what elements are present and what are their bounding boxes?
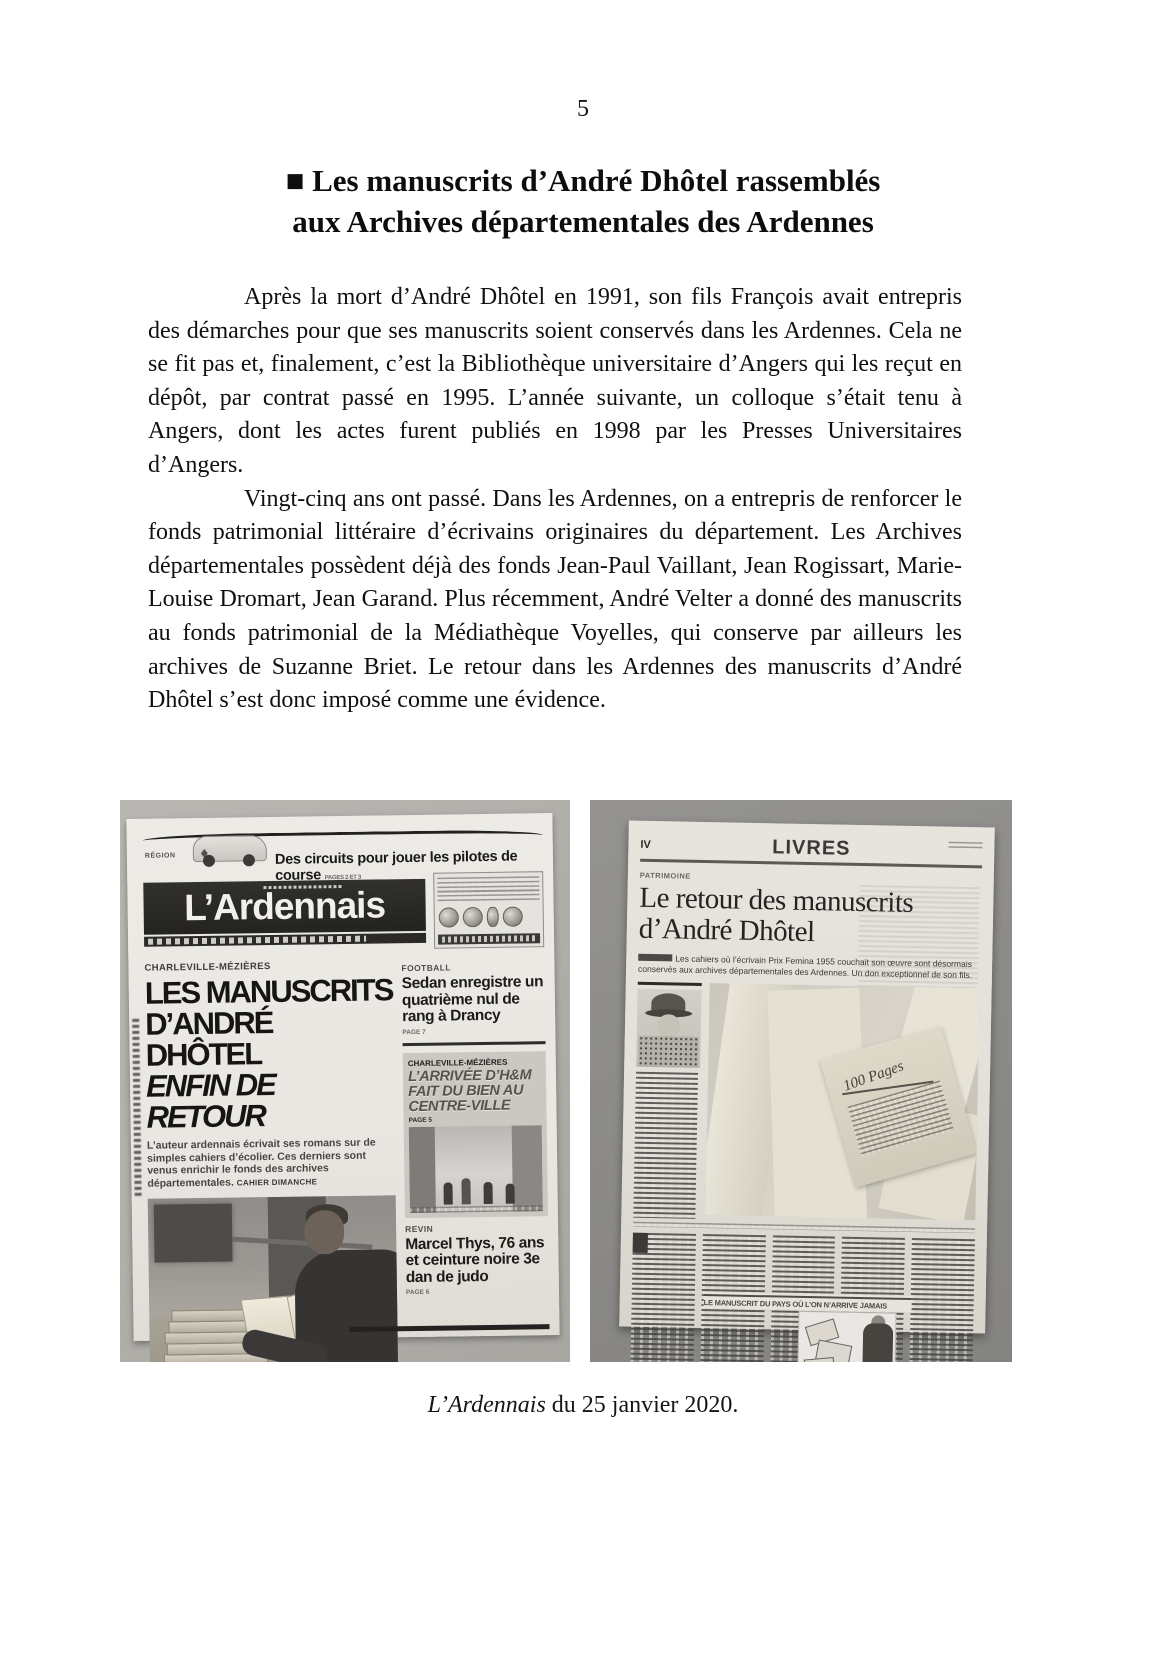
hm-story-box: CHARLEVILLE-MÉZIÈRES L’ARRIVÉE D’H&M FAI… [403,1051,548,1218]
caption-newspaper-name: L’Ardennais [428,1392,546,1418]
photo-livres-page: IV LIVRES PATRIMOINE Le retour des manus… [590,800,1012,1362]
newspaper-photos: RÉGION Des circuits pour jouer les pilot… [120,800,1012,1362]
standfirst-tag: CAHIER DIMANCHE [237,1177,318,1187]
figure-caption: L’Ardennais du 25 janvier 2020. [0,1392,1166,1419]
pedestrian-figure [483,1181,492,1203]
document-page: 5 ■ Les manuscrits d’André Dhôtel rassem… [0,0,1166,1654]
hm-pageref: PAGE 5 [409,1115,542,1124]
hm-headline: L’ARRIVÉE D’H&M FAIT DU BIEN AU CENTRE-V… [408,1068,542,1115]
main-headline-line3: ENFIN DE RETOUR [146,1067,395,1132]
judo-kicker: REVIN [405,1222,548,1234]
hm-kicker: CHARLEVILLE-MÉZIÈRES [408,1057,541,1068]
photo-caption-illegible [633,1222,975,1234]
coin-icon [439,907,459,927]
article-body: Après la mort d’André Dhôtel en 1991, so… [148,281,962,718]
livres-header: IV LIVRES [640,833,982,864]
race-car-illustration [193,829,268,870]
coin-icon [503,906,523,926]
football-headline: Sedan enregistre un quatrième nul de ran… [402,974,546,1025]
pedestrian-figure [443,1182,452,1204]
pedestrian-figure [505,1183,514,1203]
coins-ad-box [433,871,544,949]
dateline-strip [144,933,426,947]
coin-icon [487,907,499,927]
face [657,1014,680,1038]
livres-article: LE MANUSCRIT DU PAYS OÙ L’ON N’ARRIVE JA… [630,1233,975,1362]
main-headline: LES MANUSCRITS D’ANDRÉ DHÔTEL ENFIN DE R… [145,974,395,1132]
standfirst-leadin [638,954,672,962]
patterned-jacket [638,1036,699,1068]
masthead-block: L’Ardennais [143,879,426,953]
caption-rest: du 25 janvier 2020. [546,1392,739,1418]
city-kicker: CHARLEVILLE-MÉZIÈRES [144,959,392,973]
page-number: 5 [0,96,1166,123]
reader-head [304,1210,345,1255]
judo-pageref: PAGE 6 [406,1287,549,1296]
pedestrian-figure [461,1178,470,1204]
photo-man-with-manuscripts [148,1195,399,1362]
rule [403,1041,546,1046]
inset-photo-exhibition [798,1312,895,1362]
coins-row [439,906,539,929]
frontpage-header: L’Ardennais [143,877,544,953]
page-title: ■ Les manuscrits d’André Dhôtel rassembl… [83,160,1083,242]
top-strip-kicker: RÉGION [145,852,176,859]
main-headline-line1: LES MANUSCRITS [145,974,393,1008]
person-figure [862,1323,893,1362]
judo-headline: Marcel Thys, 76 ans et ceinture noire 3e… [405,1235,549,1286]
author-column [633,982,702,1219]
masthead: L’Ardennais [143,879,426,935]
main-standfirst: L’auteur ardennais écrivait ses romans s… [147,1136,396,1190]
edition-date-illegible [948,842,982,852]
ad-text [437,876,539,901]
football-kicker: FOOTBALL [401,961,544,973]
livres-page: IV LIVRES PATRIMOINE Le retour des manus… [619,821,995,1334]
ad-footer [438,933,540,944]
photo-andre-dhotel-portrait [636,989,701,1068]
photo-shopping-street [409,1125,543,1213]
page-title-line1: ■ Les manuscrits d’André Dhôtel rassembl… [83,160,1083,201]
frontpage-side-column: FOOTBALL Sedan enregistre un quatrième n… [401,955,550,1362]
ardennais-frontpage: RÉGION Des circuits pour jouer les pilot… [126,813,559,1341]
spine-vertical-text [132,1019,142,1199]
cabinet-silhouette [154,1204,233,1263]
author-bio-illegible [633,1072,698,1219]
paragraph: Vingt-cinq ans ont passé. Dans les Arden… [148,483,962,718]
photo-ardennais-frontpage: RÉGION Des circuits pour jouer les pilot… [120,800,570,1362]
article-column-illegible [909,1238,975,1362]
football-pageref: PAGE 7 [402,1027,545,1036]
photo-manuscripts: 100 Pages [705,983,979,1220]
main-headline-line2: D’ANDRÉ DHÔTEL [145,1005,394,1070]
page-title-line2: aux Archives départementales des Ardenne… [83,201,1083,242]
frontpage-main-column: CHARLEVILLE-MÉZIÈRES LES MANUSCRITS D’AN… [144,957,398,1362]
drop-cap [633,1233,648,1253]
livres-content: 100 Pages [633,982,979,1225]
display-card [804,1357,835,1362]
frontpage-columns: CHARLEVILLE-MÉZIÈRES LES MANUSCRITS D’AN… [144,955,550,1362]
paragraph: Après la mort d’André Dhôtel en 1991, so… [148,281,962,483]
coin-icon [463,907,483,927]
